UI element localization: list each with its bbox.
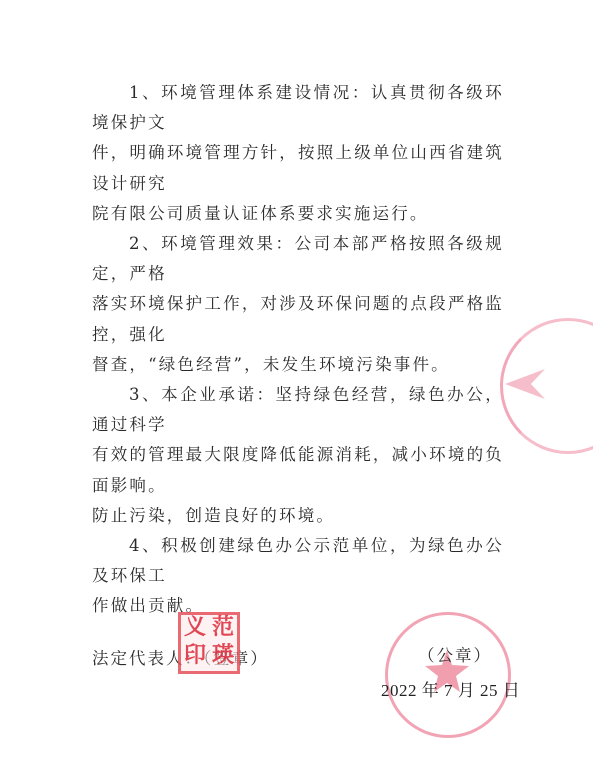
paragraph-line: 件，明确环境管理方针，按照上级单位山西省建筑设计研究 [92, 143, 504, 192]
paragraph-line: 1、环境管理体系建设情况：认真贯彻各级环境保护文 [92, 83, 504, 132]
paragraph-line: 有效的管理最大限度降低能源消耗，减小环境的负面影响。 [92, 445, 504, 494]
paragraph-line: 4、积极创建绿色办公示范单位，为绿色办公及环保工 [92, 536, 504, 585]
paragraph-1: 1、环境管理体系建设情况：认真贯彻各级环境保护文件，明确环境管理方针，按照上级单… [92, 78, 504, 229]
paragraph-line: 防止污染，创造良好的环境。 [92, 506, 335, 525]
document-body: 1、环境管理体系建设情况：认真贯彻各级环境保护文件，明确环境管理方针，按照上级单… [92, 78, 504, 622]
paragraph-line: 2、环境管理效果：公司本部严格按照各级规定，严格 [92, 234, 504, 283]
seal-char: 范 [209, 615, 237, 643]
seal-char: 印 [181, 643, 209, 671]
paragraph-line: 落实环境保护工作，对涉及环保问题的点段严格监控，强化 [92, 294, 504, 343]
paragraph-line: 督查，“绿色经营”，未发生环境污染事件。 [92, 355, 450, 374]
seal-char: 瑛 [209, 643, 237, 671]
paragraph-line: 3、本企业承诺：坚持绿色经营，绿色办公，通过科学 [92, 385, 504, 434]
paragraph-2: 2、环境管理效果：公司本部严格按照各级规定，严格落实环境保护工作，对涉及环保问题… [92, 229, 504, 380]
seal-star-icon [505, 364, 545, 404]
seal-char: 义 [181, 615, 209, 643]
paragraph-3: 3、本企业承诺：坚持绿色经营，绿色办公，通过科学有效的管理最大限度降低能源消耗，… [92, 380, 504, 531]
paragraph-4: 4、积极创建绿色办公示范单位，为绿色办公及环保工作做出贡献。 [92, 531, 504, 622]
company-seal-label: （公章） [418, 642, 492, 666]
document-date: 2022 年 7 月 25 日 [381, 676, 520, 701]
paragraph-line: 院有限公司质量认证体系要求实施运行。 [92, 204, 429, 223]
personal-seal: 义 范 印 瑛 [178, 612, 240, 674]
